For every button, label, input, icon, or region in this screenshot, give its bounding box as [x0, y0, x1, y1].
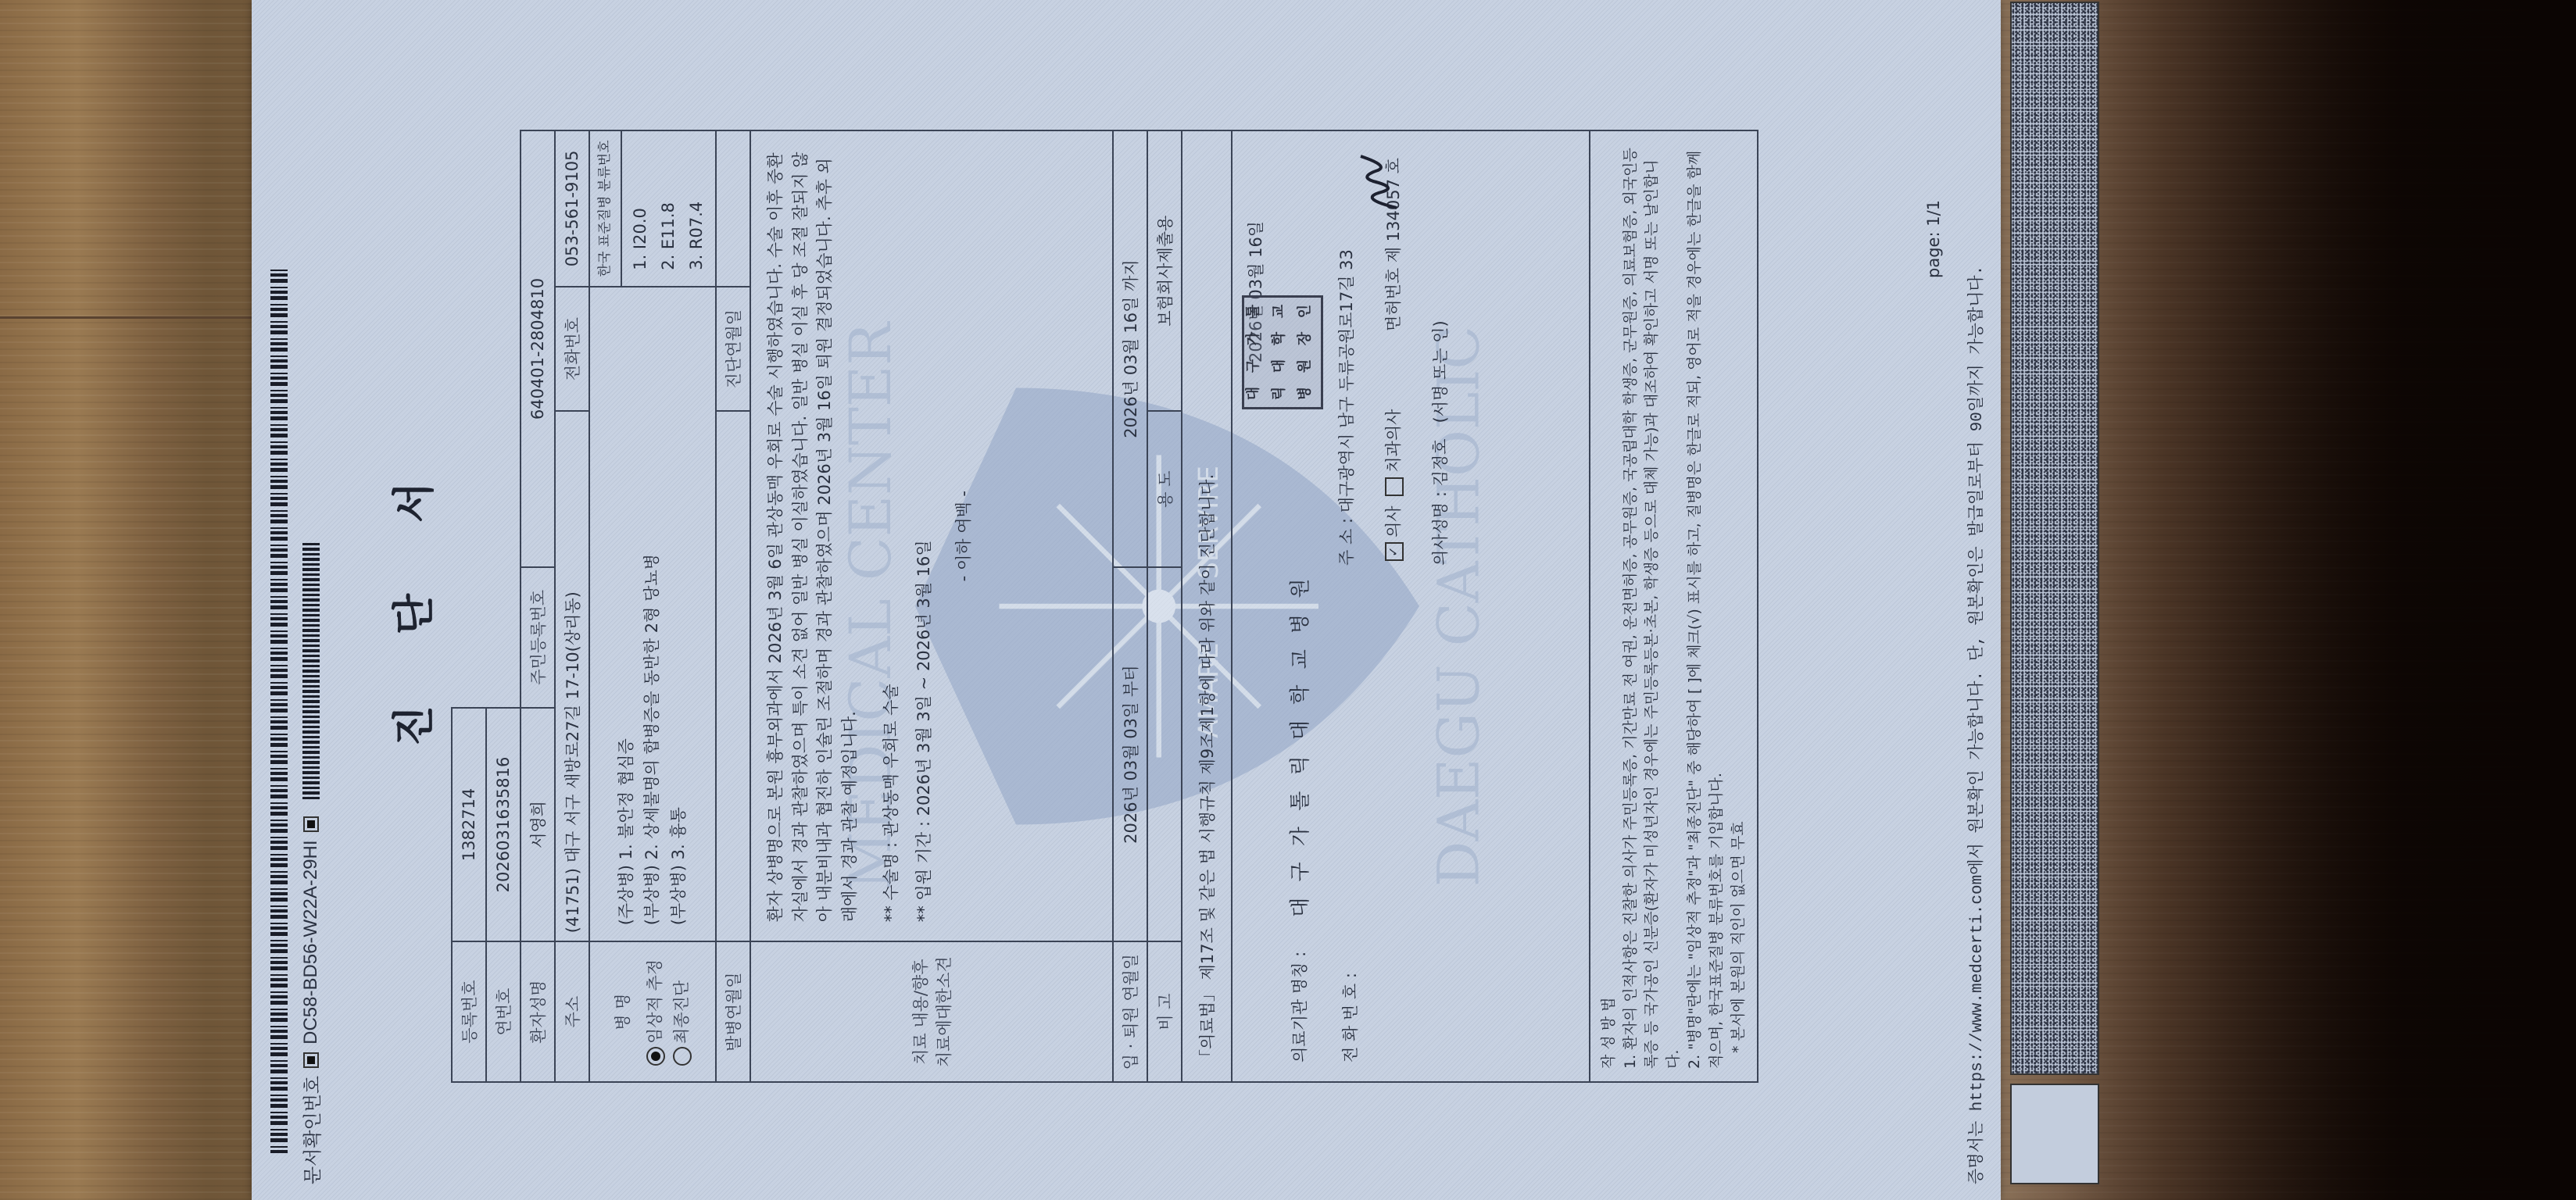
- page-number: page: 1/1: [1924, 200, 1943, 278]
- diagnosis-certificate: 문서확인번호 DC58-BD56-W22A-29HI MEDICAL CENTE…: [252, 0, 2001, 1200]
- floor-seam: [0, 316, 258, 319]
- address-label: 주소: [555, 941, 589, 1082]
- verification-footer: 증명서는 https://www.medcerti.com에서 원본확인 가능합…: [1963, 266, 1987, 1184]
- diagnosis-type-option[interactable]: 최종진단: [669, 958, 696, 1066]
- reg-no-label: 등록번호: [452, 941, 486, 1082]
- usage-label: 용 도: [1147, 411, 1182, 567]
- security-qr-strip: [2010, 2, 2099, 1075]
- square-bullet-icon: [303, 1052, 319, 1068]
- checkbox-checked-icon[interactable]: ✓: [1385, 542, 1404, 561]
- doctor-name: 의사성명 : 김정호 (서명 또는 인): [1428, 320, 1451, 566]
- doctor-type: ✓의사 치과의사: [1381, 409, 1404, 566]
- note-item: 1. 환자의 인적사항은 진찰한 의사가 주민등록증, 기간만료 전 여권, 운…: [1620, 144, 1685, 1069]
- edge-barcode: [270, 266, 288, 1153]
- surgery-name: ** 수술명 : 관상동맥 우회로 수술: [879, 150, 904, 922]
- stay-from: 2026년 03월 03일 부터: [1113, 567, 1147, 941]
- law-statement: 「의료법」 제17조 및 같은 법 시행규칙 제9조제1항에 따라 위와 같이 …: [1182, 130, 1232, 1082]
- code-header: 한국 표준질병 분류번호: [590, 131, 622, 286]
- blank-below-note: - 이하 여백 -: [952, 150, 977, 922]
- document-id-row: 문서확인번호 DC58-BD56-W22A-29HI: [297, 541, 324, 1184]
- disease-codes: 한국 표준질병 분류번호 1. I20.0 2. E11.8 3. R07.4: [589, 130, 716, 287]
- hospital-name: 대 구 가 톨 릭 대 학 교 병 원: [1284, 573, 1313, 917]
- remarks-label: 비 고: [1147, 941, 1182, 1082]
- admission-period: ** 입원 기간 : 2026년 3월 3일 ~ 2026년 3월 16일: [912, 150, 937, 922]
- patient-address: (41751) 대구 서구 새방로27길 17-10(상리동): [555, 411, 589, 941]
- notes-title: 작 성 방 법: [1598, 144, 1620, 1069]
- faded-seal-box: [2010, 1084, 2099, 1184]
- hospital-seal-stamp: 대구가톨릭대학교병원장인: [1242, 295, 1323, 409]
- patient-name: 서영희: [521, 708, 555, 942]
- opinion-label: 치료 내용/향후 치료에대한소견: [750, 941, 1113, 1082]
- page-title: 진 단 서: [381, 0, 441, 1200]
- onset-date-label: 발병연월일: [716, 941, 750, 1082]
- diagnosis-label-cell: 병 명 임상적 추정 최종진단: [589, 941, 716, 1082]
- serial: 20260316358​16: [486, 708, 521, 942]
- patient-name-label: 환자성명: [521, 941, 555, 1082]
- issuer-block: 2026년 03월 16일 의료기관 명칭 : 대 구 가 톨 릭 대 학 교 …: [1232, 130, 1590, 1082]
- hospital-name-label: 의료기관 명칭 :: [1287, 952, 1311, 1062]
- disease-code: 2. E11.8: [655, 147, 683, 270]
- disease-code: 3. R07.4: [683, 147, 711, 270]
- checkbox-empty-icon[interactable]: [1385, 477, 1404, 496]
- disease-code: 1. I20.0: [627, 147, 655, 270]
- stay-label: 입 · 퇴원 연월일: [1113, 941, 1147, 1082]
- hospital-address: 주 소 : 대구광역시 남구 두류공원로17길 33: [1334, 249, 1358, 566]
- radio-selected-icon[interactable]: [646, 1047, 665, 1066]
- square-bullet-icon: [303, 816, 319, 832]
- certificate-table: 등록번호 1382714 연번호 20260316358​16 환자성명 서영희…: [451, 130, 1758, 1083]
- rrn-label: 주민등록번호: [521, 567, 555, 708]
- writing-instructions: 작 성 방 법 1. 환자의 인적사항은 진찰한 의사가 주민등록증, 기간만료…: [1590, 130, 1758, 1082]
- remarks-value: [1147, 567, 1182, 941]
- diagnosis-item: (부상병) 2. 상세불명의 합병증을 동반한 2형 당뇨병: [639, 303, 666, 926]
- diagnosis-list: (주상병) 1. 불안정 협심증 (부상병) 2. 상세불명의 합병증을 동반한…: [589, 287, 716, 942]
- paper-sheet: 문서확인번호 DC58-BD56-W22A-29HI MEDICAL CENTE…: [252, 0, 2001, 1200]
- diagnosis-date-label: 진단연월일: [716, 287, 750, 412]
- diagnosis-label: 병 명: [610, 958, 637, 1066]
- patient-phone: 053-561-9105: [555, 130, 589, 287]
- opinion-content: 환자 상병명으로 본원 흉부외과에서 2026년 3월 6일 관상동맥 우회로 …: [750, 130, 1113, 941]
- serial-label: 연번호: [486, 941, 521, 1082]
- onset-date: [716, 411, 750, 941]
- doc-barcode: [302, 541, 320, 799]
- doc-verify-label: 문서확인번호: [297, 1076, 324, 1184]
- note-item: 2. "병명"란에는 "임상적 추정"과 "최종진단" 중 해당하여 [ ]에 …: [1684, 144, 1727, 1069]
- radio-empty-icon[interactable]: [673, 1047, 692, 1066]
- hospital-phone-label: 전 화 번 호 :: [1338, 973, 1361, 1062]
- note-item: * 본서에 본원의 직인이 없으면 무효: [1728, 144, 1750, 1069]
- doc-id: DC58-BD56-W22A-29HI: [300, 840, 322, 1044]
- doctor-signature: [1350, 152, 1404, 214]
- diagnosis-type-option[interactable]: 임상적 추정: [642, 958, 669, 1066]
- usage-value: 보험회사제출용: [1147, 130, 1182, 411]
- rrn: 640401-2804810: [521, 130, 555, 567]
- stay-to: 2026년 03월 16일 까지: [1113, 130, 1147, 567]
- diagnosis-item: (주상병) 1. 불안정 협심증: [614, 303, 640, 926]
- opinion-paragraph: 환자 상병명으로 본원 흉부외과에서 2026년 3월 6일 관상동맥 우회로 …: [764, 150, 862, 922]
- diagnosis-date: [716, 130, 750, 287]
- diagnosis-item: (부상병) 3. 흉통: [666, 303, 692, 926]
- reg-no: 1382714: [452, 708, 486, 942]
- phone-label: 전화번호: [555, 287, 589, 412]
